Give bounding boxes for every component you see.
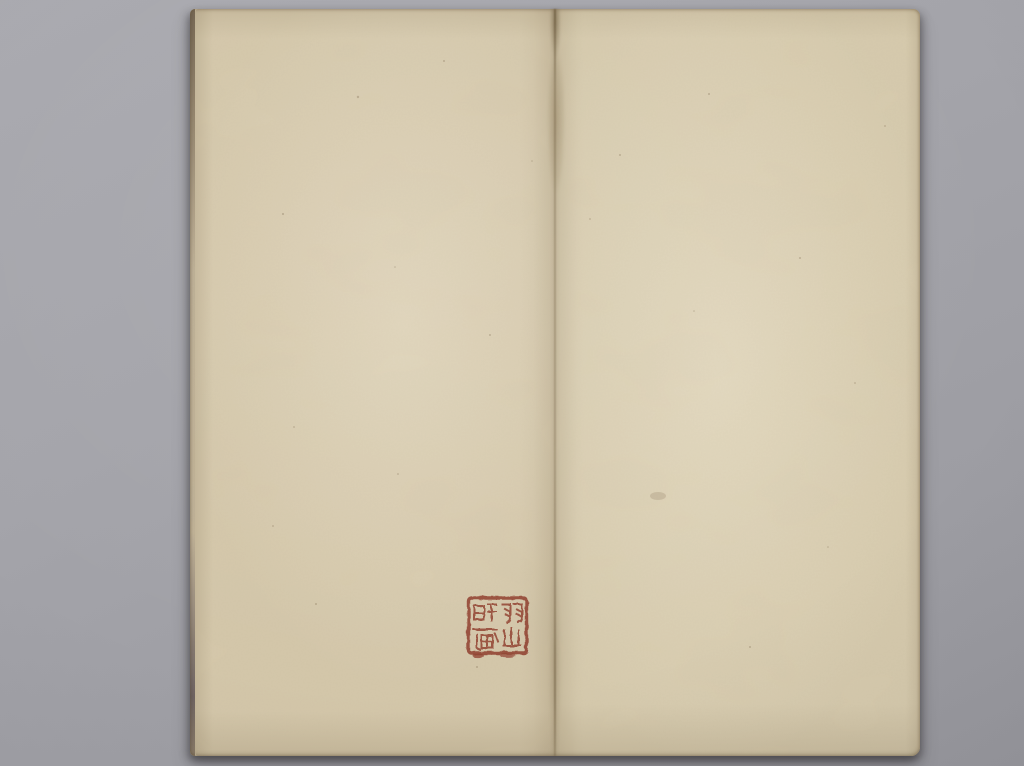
- seal-characters: [474, 605, 523, 650]
- seal-artwork: [469, 598, 527, 658]
- right-page: [555, 9, 920, 756]
- book-fore-edge: [190, 9, 195, 756]
- center-fold-gutter: [533, 9, 577, 756]
- seal-ink-blob-right: [500, 653, 516, 658]
- open-book: [190, 9, 920, 756]
- gutter-water-stain: [536, 9, 576, 224]
- fold-seam-line: [554, 9, 556, 756]
- photo-background: [0, 0, 1024, 766]
- seal-ink-blob-left: [473, 653, 484, 658]
- collector-seal-stamp: [465, 594, 531, 664]
